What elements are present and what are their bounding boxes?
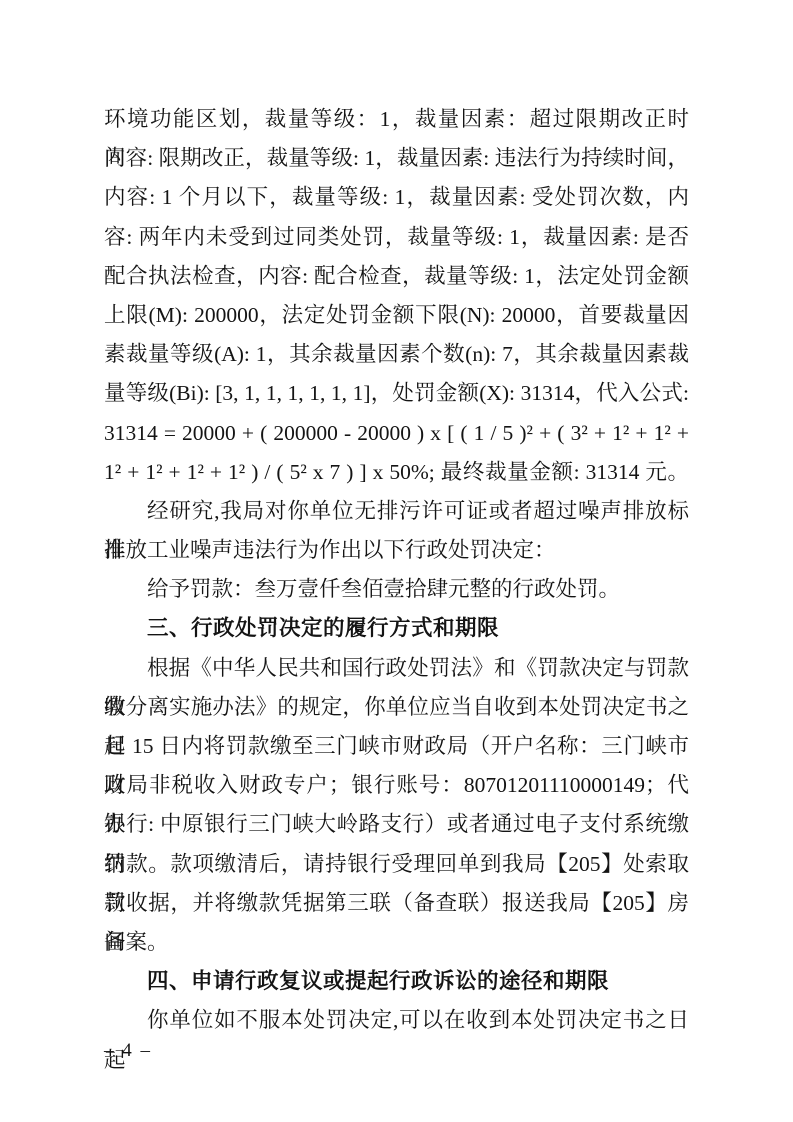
body-line: 容: 两年内未受到过同类处罚，裁量等级: 1，裁量因素: 是否	[104, 218, 689, 257]
body-line: 上限(M): 200000，法定处罚金额下限(N): 20000，首要裁量因	[104, 296, 689, 335]
body-line: 排放工业噪声违法行为作出以下行政处罚决定：	[104, 531, 689, 570]
formula-line: 31314 = 20000 + ( 200000 - 20000 ) x [ (…	[104, 414, 689, 453]
formula-line: 1² + 1² + 1² + 1² ) / ( 5² x 7 ) ] x 50%…	[104, 453, 689, 492]
body-line: 内容: 限期改正，裁量等级: 1，裁量因素: 违法行为持续时间，	[104, 139, 689, 178]
document-page: 环境功能区划，裁量等级：1，裁量因素：超过限期改正时间， 内容: 限期改正，裁量…	[0, 0, 793, 1122]
body-line: 备案。	[104, 923, 689, 962]
body-line: 配合执法检查，内容: 配合检查，裁量等级: 1，法定处罚金额	[104, 257, 689, 296]
document-body: 环境功能区划，裁量等级：1，裁量因素：超过限期改正时间， 内容: 限期改正，裁量…	[104, 100, 689, 1041]
body-line: 素裁量等级(A): 1，其余裁量因素个数(n): 7，其余裁量因素裁	[104, 335, 689, 374]
body-line: 银行: 中原银行三门峡大岭路支行）或者通过电子支付系统缴纳	[104, 805, 689, 844]
section-heading: 三、行政处罚决定的履行方式和期限	[104, 609, 689, 648]
body-line: 起 15 日内将罚款缴至三门峡市财政局（开户名称：三门峡市财	[104, 727, 689, 766]
body-line: 环境功能区划，裁量等级：1，裁量因素：超过限期改正时间，	[104, 100, 689, 139]
body-line: 政局非税收入财政专户；银行账号：80701201110000149；代办	[104, 766, 689, 805]
body-line: 根据《中华人民共和国行政处罚法》和《罚款决定与罚款收	[104, 649, 689, 688]
body-line: 量等级(Bi): [3, 1, 1, 1, 1, 1, 1]，处罚金额(X): …	[104, 374, 689, 413]
body-line: 缴分离实施办法》的规定，你单位应当自收到本处罚决定书之日	[104, 688, 689, 727]
body-line: 经研究,我局对你单位无排污许可证或者超过噪声排放标准	[104, 492, 689, 531]
body-line: 内容: 1 个月以下，裁量等级: 1，裁量因素: 受处罚次数，内	[104, 178, 689, 217]
body-line: 你单位如不服本处罚决定,可以在收到本处罚决定书之日起	[104, 1001, 689, 1040]
body-line: 给予罚款：叁万壹仟叁佰壹拾肆元整的行政处罚。	[104, 570, 689, 609]
page-number: – 4 –	[104, 1041, 152, 1061]
body-line: 罚款。款项缴清后，请持银行受理回单到我局【205】处索取罚	[104, 845, 689, 884]
section-heading: 四、申请行政复议或提起行政诉讼的途径和期限	[104, 962, 689, 1001]
body-line: 款收据，并将缴款凭据第三联（备查联）报送我局【205】房间	[104, 884, 689, 923]
